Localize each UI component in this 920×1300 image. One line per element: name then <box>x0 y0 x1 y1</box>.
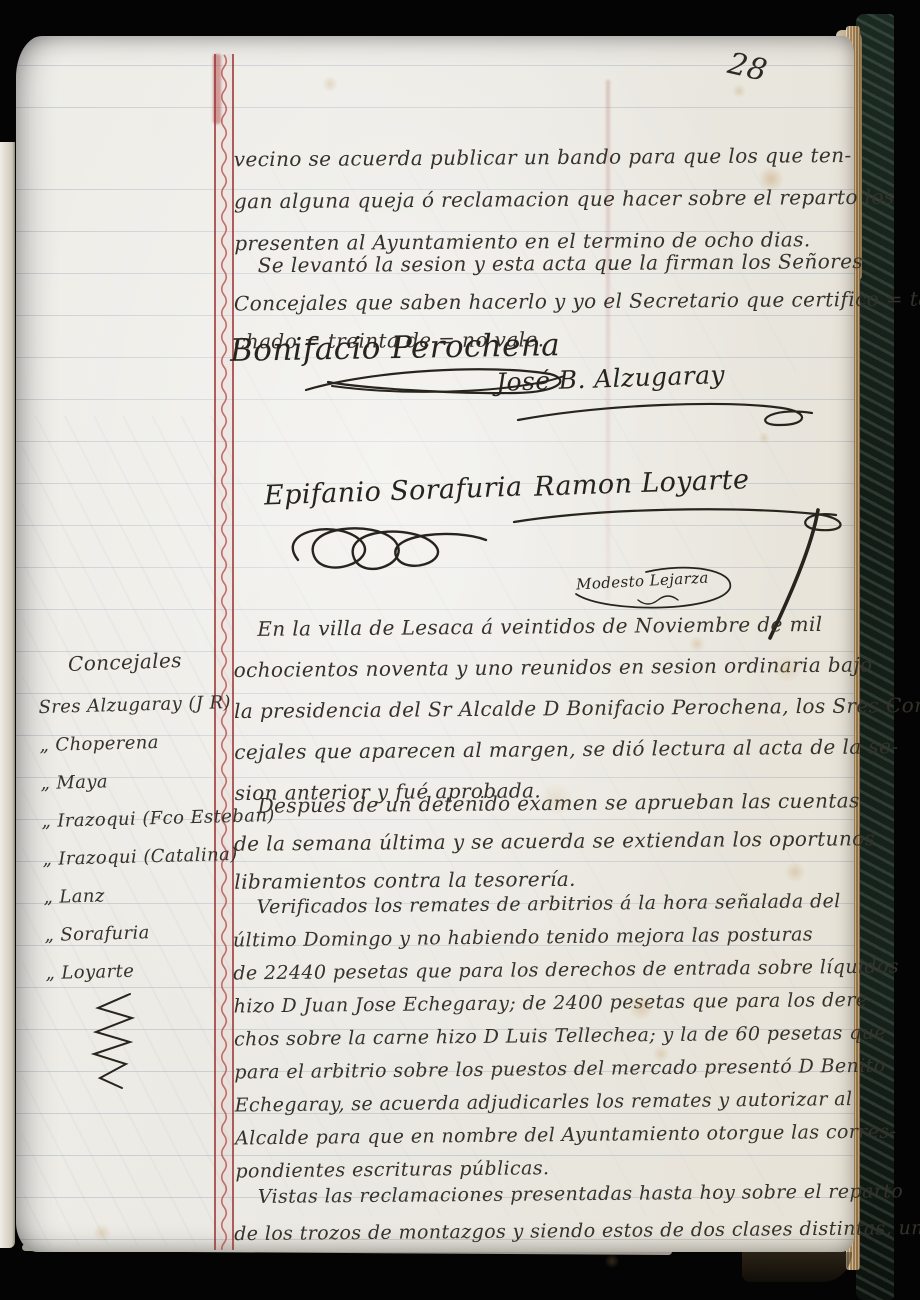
handwritten-line: Concejales que saben hacerlo y yo el Sec… <box>234 280 920 323</box>
book-photograph: 28 vecino se acuerda publicar un bando p… <box>0 0 920 1300</box>
handwritten-line: Despues de un detenido examen se aprueba… <box>258 781 876 824</box>
red-margin-rule <box>214 54 234 1250</box>
margin-heading: Concejales <box>68 648 183 676</box>
handwritten-line: vecino se acuerda publicar un bando para… <box>234 134 895 181</box>
manuscript-page: 28 vecino se acuerda publicar un bando p… <box>16 36 854 1252</box>
foxing-stain <box>604 1254 620 1268</box>
session-paragraph-4: Vistas las reclamaciones presentadas has… <box>234 1173 920 1253</box>
signature-concejal-sorafuria: Epifanio Sorafuria <box>264 471 523 511</box>
handwritten-line: ochocientos noventa y uno reunidos en se… <box>233 644 920 691</box>
handwritten-line: Se levantó la sesion y esta acta que la … <box>258 242 920 285</box>
handwritten-line: gan alguna queja ó reclamacion que hacer… <box>234 176 895 223</box>
bottom-right-page-corner <box>742 1252 852 1282</box>
margin-rubric-icon <box>88 992 142 1096</box>
handwritten-line: En la villa de Lesaca á veintidos de Nov… <box>257 603 920 650</box>
handwritten-line: Alcalde para que en nombre del Ayuntamie… <box>235 1116 901 1156</box>
handwritten-line: Vistas las reclamaciones presentadas has… <box>258 1173 920 1216</box>
left-page-edge <box>0 142 15 1248</box>
foxing-stain <box>92 1224 112 1242</box>
handwritten-line: cejales que aparecen al margen, se dió l… <box>234 726 920 773</box>
foxing-stain <box>322 76 338 92</box>
handwritten-line: de la semana última y se acuerda se exti… <box>234 819 876 863</box>
session-paragraph-3: Verificados los remates de arbitrios á l… <box>232 885 901 1189</box>
foxing-stain <box>758 432 770 444</box>
foxing-stain <box>732 84 746 98</box>
signature-concejal-loyarte: Ramon Loyarte <box>534 464 750 502</box>
wavy-rule-icon <box>216 54 232 1250</box>
page-number: 28 <box>725 46 771 89</box>
session-paragraph-2: Despues de un detenido examen se aprueba… <box>234 781 876 901</box>
handwritten-line: de los trozos de montazgos y siendo esto… <box>234 1210 920 1253</box>
signature-rubric-icon <box>516 398 826 432</box>
signature-rubric-icon <box>282 516 522 616</box>
handwritten-line: la presidencia del Sr Alcalde D Bonifaci… <box>234 685 920 732</box>
